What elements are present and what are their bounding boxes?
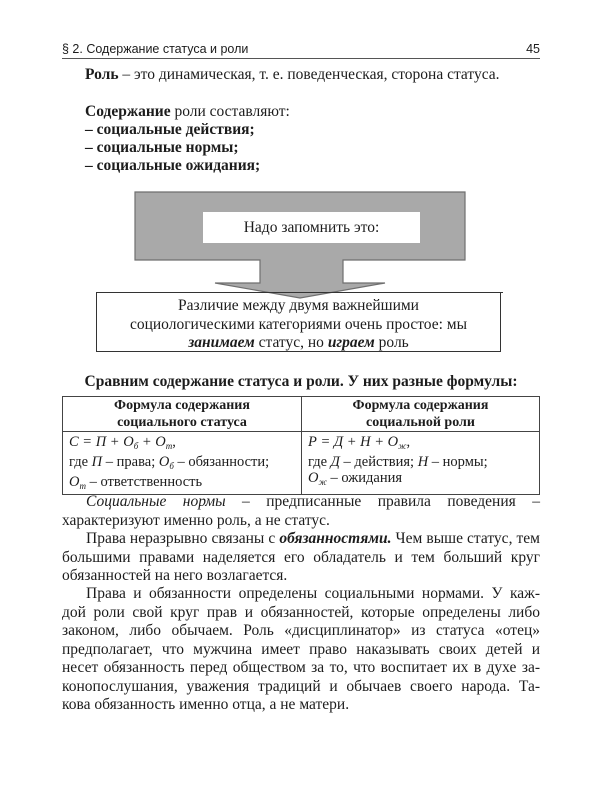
role-formula-header: Формула содержания социальной роли (302, 397, 540, 432)
emphasis-play: играем (328, 334, 375, 351)
table-header-row: Формула содержания социального статуса Ф… (63, 397, 540, 432)
arrow-shape (135, 192, 465, 298)
comparison-title: Сравним содержание статуса и роли. У них… (62, 373, 540, 391)
key-point-line: занимаем статус, но играем роль (97, 334, 500, 353)
role-formula-cell: Р = Д + Н + Ож, где Д – действия; Н – но… (302, 432, 540, 495)
key-point-line: социологическими категориями очень прост… (97, 316, 500, 335)
key-point-box: Различие между двумя важнейшими социолог… (96, 293, 501, 352)
key-point-line: Различие между двумя важнейшими (97, 297, 500, 316)
emphasis-social-norms: Социальные нормы (86, 493, 226, 510)
paragraph-social-norms: Социальные нормы – предписанные правила … (62, 493, 540, 530)
paragraph-norms-example: Права и обязанности определены социальны… (62, 585, 540, 715)
formula-table: Формула содержания социального статуса Ф… (62, 396, 540, 495)
table-row: С = П + Об + От, где П – права; Об – обя… (63, 432, 540, 495)
status-formula-cell: С = П + Об + От, где П – права; Об – обя… (63, 432, 302, 495)
status-formula-header: Формула содержания социального статуса (63, 397, 302, 432)
emphasis-occupy: занимаем (188, 334, 255, 351)
arrow-label: Надо запомнить это: (203, 212, 420, 243)
paragraph-rights-duties: Права неразрывно связаны с обязанностями… (62, 530, 540, 586)
emphasis-duties: обязанностями. (279, 530, 391, 547)
